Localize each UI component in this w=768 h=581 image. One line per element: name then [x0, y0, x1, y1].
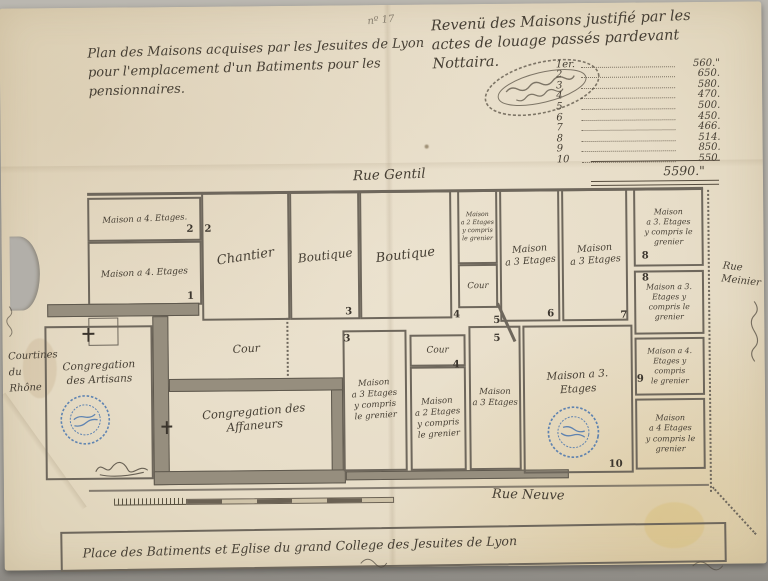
- illegible-margin-writing: [2, 305, 16, 339]
- ink-spot: [425, 145, 429, 149]
- parcel-number: 4: [453, 359, 460, 370]
- dotted-leader: [582, 151, 676, 153]
- parcel-number: 3: [343, 333, 350, 344]
- street-label-courtines-du-rhone: Courtines du Rhône: [8, 347, 60, 397]
- room-maison-3-etages-r3: Maison a 3 Etages y compris le grenier: [342, 330, 407, 472]
- dotted-leader: [581, 119, 675, 121]
- room-maison-3-etages-r5: Maison a 3 Etages: [468, 326, 521, 470]
- room-maison-2-etages-r4: Maison a 2 Etages y compris le grenier: [410, 366, 467, 471]
- room-maison-4-etages-top: Maison a 4. Etages.: [87, 197, 201, 242]
- street-label-rue-gentil: Rue Gentil: [353, 166, 426, 185]
- parcel-number: 3: [345, 306, 352, 317]
- parcel-number: 2: [204, 224, 211, 235]
- room-maison-3-etages-7: Maison a 3 Etages: [561, 189, 628, 322]
- page-number-note: nº 17: [367, 14, 395, 28]
- blue-round-stamp-icon: [542, 401, 604, 463]
- parcel-number: 4: [453, 309, 460, 320]
- torn-edge-notch: [10, 236, 41, 310]
- dotted-boundary-line: [707, 190, 712, 492]
- room-boutique-2: Boutique: [359, 190, 452, 319]
- page-title: Plan des Maisons acquises par les Jesuit…: [87, 35, 429, 102]
- scale-bar-segments: [186, 497, 394, 505]
- parcel-number: 10: [609, 459, 623, 470]
- street-edge-line: [89, 484, 709, 492]
- cross-icon: [82, 328, 94, 342]
- caption-flourish: [359, 557, 389, 569]
- revenue-total: 5590.": [591, 161, 719, 181]
- room-chantier: Chantier: [201, 192, 290, 321]
- parcel-number: 8: [642, 250, 649, 261]
- scanned-plan-page: nº 17 Plan des Maisons acquises par les …: [0, 0, 768, 581]
- parcel-number: 9: [637, 374, 644, 385]
- parcel-number: 6: [547, 308, 554, 319]
- parcel-number: 5: [493, 333, 500, 344]
- revenue-total-block: 5590.": [591, 160, 719, 186]
- margin-scribble: [691, 558, 725, 572]
- wall-affaneurs-top: [169, 377, 343, 392]
- room-maison-4-etages-bottom: Maison a 4. Etages: [88, 241, 203, 306]
- cross-icon: [161, 421, 172, 434]
- courtyard-dotted-line: [286, 318, 289, 376]
- dotted-leader: [582, 140, 676, 142]
- wall-bottom-band: [154, 469, 346, 485]
- street-label-rue-meinier: Rue Meinier: [721, 259, 763, 289]
- wall-affaneurs-right: [331, 389, 344, 471]
- street-label-rue-neuve: Rue Neuve: [492, 487, 565, 504]
- room-maison-3-etages-6: Maison a 3 Etages: [499, 189, 560, 322]
- total-double-rule: [591, 180, 719, 186]
- room-maison-4-etages-r9: Maison a 4. Etages y compris le grenier: [635, 337, 706, 396]
- manuscript-sheet: nº 17 Plan des Maisons acquises par les …: [0, 1, 767, 570]
- caption-box: Place des Batiments et Eglise du grand C…: [60, 522, 727, 572]
- dotted-leader: [582, 129, 676, 131]
- wall-corridor-vertical: [152, 316, 170, 485]
- parcel-number: 5: [493, 315, 500, 326]
- caption-text: Place des Batiments et Eglise du grand C…: [82, 533, 517, 561]
- wall-band-top-left: [47, 303, 199, 317]
- illegible-vertical-writing: [746, 299, 763, 363]
- parcel-number: 2: [186, 224, 193, 235]
- scale-bar: [114, 496, 394, 505]
- room-congregation-affaneurs-label: Congregation des Affaneurs: [174, 398, 334, 438]
- parcel-number: 1: [187, 291, 194, 302]
- room-boutique-1: Boutique: [289, 191, 360, 320]
- parcel-number: 7: [620, 310, 627, 321]
- parcel-number: 8: [642, 272, 649, 283]
- dotted-leader: [581, 108, 675, 110]
- scale-bar-ticks: [114, 498, 186, 506]
- court-narrow: Cour: [458, 264, 498, 308]
- court-center-label: Cour: [232, 341, 260, 356]
- room-maison-2-etages-narrow: Maison a 2 Etages y compris le grenier: [457, 190, 498, 264]
- room-maison-4-etages-r10: Maison a 4 Etages y compris le grenier: [635, 398, 706, 470]
- signature-scribble: [94, 457, 152, 480]
